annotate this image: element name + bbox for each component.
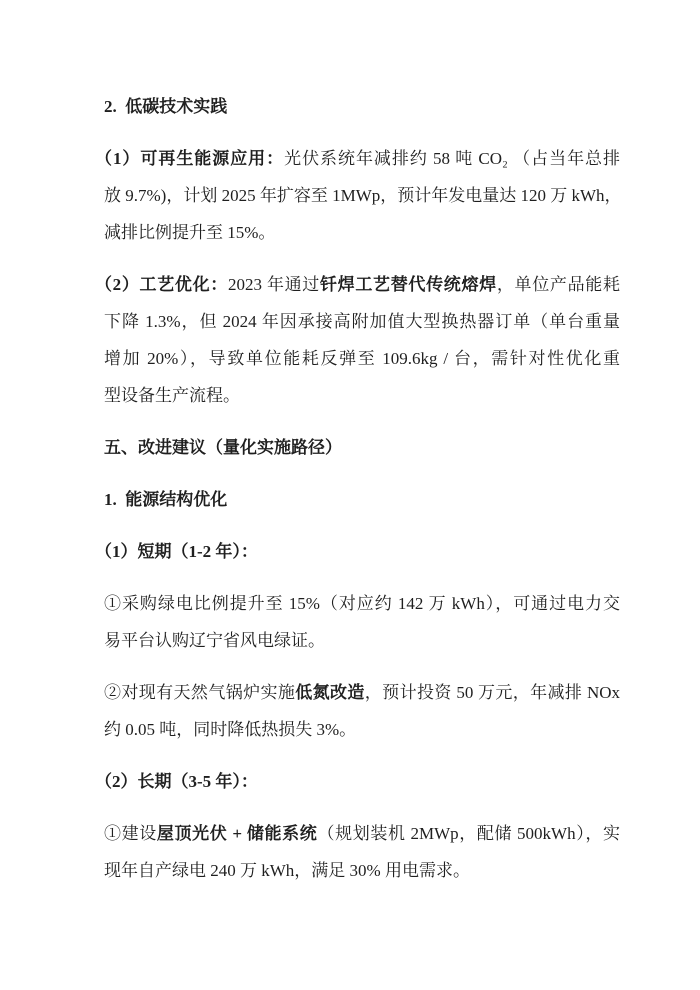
text-line: （1）短期（1-2 年）： [95,533,620,570]
text-segment: ②对现有天然气锅炉实施 [104,683,295,702]
document-body: 2. 低碳技术实践（1）可再生能源应用：光伏系统年减排约 58 吨 CO₂ （占… [104,88,620,889]
subheading-long-term: （2）长期（3-5 年）： [104,763,620,800]
text-segment: ，单位产品能耗 [497,275,620,294]
bold-text-segment: （2）工艺优化： [95,275,228,294]
para-process-optimization: （2）工艺优化：2023 年通过钎焊工艺替代传统熔焊，单位产品能耗下降 1.3%… [104,266,620,414]
bold-text-segment: 五、改进建议（量化实施路径） [104,438,342,457]
bold-text-segment: 屋顶光伏 + 储能系统 [157,824,318,843]
text-line: 五、改进建议（量化实施路径） [104,429,620,466]
text-line: （2）长期（3-5 年）： [95,763,620,800]
text-segment: 放 9.7%)，计划 2025 年扩容至 1MWp，预计年发电量达 120 万 … [104,186,620,205]
bold-text-segment: 2. 低碳技术实践 [104,97,227,116]
text-line: ①建设屋顶光伏 + 储能系统（规划装机 2MWp，配储 500kWh），实 [104,815,620,852]
bold-text-segment: （1）短期（1-2 年）： [95,542,258,561]
text-segment: ①建设 [104,824,157,843]
text-line: 易平台认购辽宁省风电绿证。 [104,622,620,659]
para-renewable-energy: （1）可再生能源应用：光伏系统年减排约 58 吨 CO₂ （占当年总排放 9.7… [104,140,620,251]
text-segment: ，预计投资 50 万元，年减排 NOx [365,683,620,702]
text-segment: 减排比例提升至 15%。 [104,223,275,242]
section-heading-energy-structure: 1. 能源结构优化 [104,481,620,518]
bold-text-segment: 低氮改造 [295,683,365,702]
text-line: 约 0.05 吨，同时降低热损失 3%。 [104,711,620,748]
subheading-short-term: （1）短期（1-2 年）： [104,533,620,570]
text-segment: 下降 1.3%，但 2024 年因承接高附加值大型换热器订单（单台重量 [104,312,620,331]
text-line: ②对现有天然气锅炉实施低氮改造，预计投资 50 万元，年减排 NOx [104,674,620,711]
text-line: 1. 能源结构优化 [104,481,620,518]
bold-text-segment: （1）可再生能源应用： [95,149,284,168]
text-segment: 增加 20%），导致单位能耗反弹至 109.6kg / 台，需针对性优化重 [104,349,620,368]
text-segment: 2023 年通过 [228,275,320,294]
text-segment: ①采购绿电比例提升至 15%（对应约 142 万 kWh），可通过电力交 [104,594,620,613]
section-heading-improvement: 五、改进建议（量化实施路径） [104,429,620,466]
section-heading-low-carbon: 2. 低碳技术实践 [104,88,620,125]
text-line: 下降 1.3%，但 2024 年因承接高附加值大型换热器订单（单台重量 [104,303,620,340]
text-segment: （规划装机 2MWp，配储 500kWh），实 [317,824,620,843]
text-line: 放 9.7%)，计划 2025 年扩容至 1MWp，预计年发电量达 120 万 … [104,177,620,214]
text-line: 现年自产绿电 240 万 kWh，满足 30% 用电需求。 [104,852,620,889]
text-line: ①采购绿电比例提升至 15%（对应约 142 万 kWh），可通过电力交 [104,585,620,622]
document-page: 2. 低碳技术实践（1）可再生能源应用：光伏系统年减排约 58 吨 CO₂ （占… [0,0,700,990]
para-boiler-retrofit: ②对现有天然气锅炉实施低氮改造，预计投资 50 万元，年减排 NOx约 0.05… [104,674,620,748]
para-rooftop-pv: ①建设屋顶光伏 + 储能系统（规划装机 2MWp，配储 500kWh），实现年自… [104,815,620,889]
text-segment: 型设备生产流程。 [104,386,240,405]
text-segment: 约 0.05 吨，同时降低热损失 3%。 [104,720,356,739]
text-line: 减排比例提升至 15%。 [104,214,620,251]
text-line: （1）可再生能源应用：光伏系统年减排约 58 吨 CO₂ （占当年总排 [95,140,620,177]
text-line: 型设备生产流程。 [104,377,620,414]
text-segment: 现年自产绿电 240 万 kWh，满足 30% 用电需求。 [104,861,470,880]
para-green-power: ①采购绿电比例提升至 15%（对应约 142 万 kWh），可通过电力交易平台认… [104,585,620,659]
bold-text-segment: 钎焊工艺替代传统熔焊 [320,275,497,294]
text-line: 2. 低碳技术实践 [104,88,620,125]
text-line: （2）工艺优化：2023 年通过钎焊工艺替代传统熔焊，单位产品能耗 [95,266,620,303]
text-segment: 易平台认购辽宁省风电绿证。 [104,631,325,650]
bold-text-segment: （2）长期（3-5 年）： [95,772,258,791]
bold-text-segment: 1. 能源结构优化 [104,490,227,509]
text-line: 增加 20%），导致单位能耗反弹至 109.6kg / 台，需针对性优化重 [104,340,620,377]
text-segment: 光伏系统年减排约 58 吨 CO₂ （占当年总排 [284,149,620,168]
